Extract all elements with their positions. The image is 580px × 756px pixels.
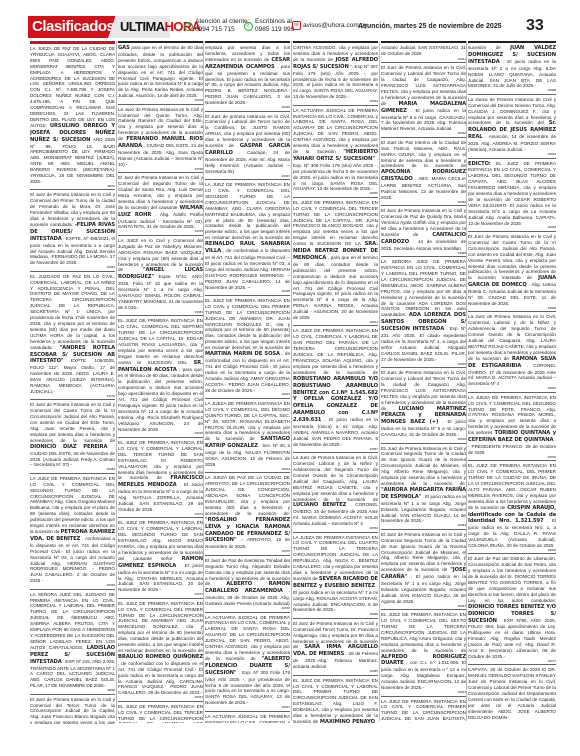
notice-code: 49578 — [118, 168, 203, 172]
legal-notice: EL JUEZ DE PRIMERA INSTANCIA EN LO CIVIL… — [118, 702, 203, 723]
customer-service-contact: ✆ Atención al cliente:0994 715 715 — [184, 18, 250, 34]
notice-code: 49577 — [468, 660, 556, 664]
column-1: LA JUEZA DE PAZ DE LA CIUDAD DE YRYBUCUA… — [30, 41, 115, 724]
contact-label: Escribinos al — [255, 18, 294, 26]
notice-code: 49583 — [381, 524, 466, 528]
notice-subject-name: MAXIMINO PENAYO — [320, 719, 375, 723]
notice-text: EL JUEZ DE PRIMERA INSTANCIA EN LO CIVIL… — [118, 440, 203, 480]
legal-notice: EL JUEZ DE PRIMERA INSTANCIA EN LO CIVIL… — [118, 316, 203, 438]
legal-notice: LA JUEZA DE PAZ DE LA CIUDAD DE ARROYITO… — [205, 473, 290, 555]
notice-code: 49539 — [205, 106, 290, 110]
legal-notice: LA ACTUARIA JUDICIAL DE PRIMERA INSTANCI… — [205, 613, 290, 712]
legal-notice: CAPIATA, 20 de Octubre de 2025 El DR. MA… — [468, 665, 556, 723]
notice-text: EL JUEZ DE PRIMERA INSTANCIA EN LO CIVIL… — [118, 601, 203, 653]
page-number: 33 — [526, 17, 544, 35]
notice-subject-name: LUCIANO BENITEZ — [293, 502, 346, 508]
notice-text: para que en el término de 60 días contad… — [118, 45, 203, 98]
section-title: Clasificados — [28, 16, 120, 38]
notice-text: sucesión de — [468, 45, 501, 50]
notice-code: 49545 — [118, 432, 203, 436]
contact-phone[interactable]: 0994 715 715 — [195, 26, 250, 34]
notice-code: 49548 — [381, 132, 466, 136]
notice-text: La Jueza de Primera Instancia de Civil y… — [468, 97, 556, 126]
legal-notice: EL JUEZ DE PRIMERA INSTANCIA EN LO CIVIL… — [205, 296, 290, 399]
notice-code: 49574 — [118, 513, 203, 517]
notice-text: El Juez de Paz Interino de la Ciudad de … — [381, 140, 466, 169]
legal-notice: LA JUEZA DE PRIMERA INSTANCIA EN LO CIVI… — [293, 533, 378, 619]
notice-code: 49582 — [381, 201, 466, 205]
notice-code: 49581 — [118, 311, 203, 315]
notice-text: EL JUEZ DE PRIMERA INSTANCIA EN LO CIVIL… — [381, 612, 466, 652]
notice-text: EL JUEZ DE PRIMERA INSTANCIA EN LO CIVIL… — [118, 318, 203, 364]
notice-text: LA JUEZA DE PRIMERA INSTANCIA EN LO CIVI… — [293, 535, 378, 581]
notice-code: 49563 — [468, 387, 556, 391]
notice-text: EL JUEZ DE PRIMERA INSTANCIA EN LO CIVIL… — [118, 520, 203, 560]
notice-text: , de conformidad con lo dispuesto en el … — [118, 661, 203, 696]
whatsapp-phone-icon: ✆ — [184, 22, 193, 31]
legal-notice: EL JUEZ DE PRIMERA INSTANCIA EN LO CIVIL… — [293, 198, 378, 327]
legal-notice: LA JUEZ DE PRIMERA INSTANCIA EN LO CIVIL… — [30, 474, 115, 590]
notice-text: EL JUEZ DE PRIMERA INSTANCIA EN LO CIVIL… — [293, 678, 378, 723]
notice-code: 49576 — [118, 230, 203, 234]
notice-text: AÑO 2025 Nº 89, FOLIO 13, BAJO APERCIBIM… — [30, 137, 115, 184]
notice-code: 49586 — [381, 252, 466, 256]
legal-notice: Actuario Judicial. SAN ESTANISLAO, 31 de… — [381, 43, 466, 63]
notice-subject-name: MARTINA MARIN DE SOSA — [205, 351, 280, 357]
notice-code: 49580 — [30, 468, 115, 472]
legal-notice: EL JUEZ DE PRIMERA INSTANCIA EN LO CIVIL… — [118, 599, 203, 702]
legal-notice: EDICTO: EL JUEZ DE PRIMERA INSTANCIA EN … — [468, 159, 556, 232]
whatsapp-icon: ✆ — [244, 22, 253, 31]
legal-notice: La Jueza de Primera Instancia de Civil y… — [468, 95, 556, 159]
legal-notice: CINTHIA ACEVEDO, cita y emplaza por sese… — [293, 43, 378, 106]
notice-text: LA JUEZA DE PAZ DE LA CIUDAD DE YRYBUCUA… — [30, 46, 115, 128]
notice-text: LA JUEZA DE PAZ DE LA CIUDAD DE ARROYITO… — [205, 475, 290, 515]
notice-text: LA SEÑORA JUEZ DE PRIMERA INSTANCIA EN L… — [381, 259, 466, 317]
notice-code: 49546 — [118, 99, 203, 103]
notice-text: El Juez de Primera Instancia en lo Civil… — [381, 65, 466, 105]
whatsapp-contact: ✆ Escribinos al0985 119 999 — [244, 18, 294, 34]
column-4: CINTHIA ACEVEDO, cita y emplaza por sese… — [293, 41, 378, 723]
legal-notice: El Juez de Primera Instancia en lo Civil… — [30, 695, 115, 724]
legal-notice: El Juez de Paz Interino de la Ciudad de … — [381, 138, 466, 207]
mail-icon: ✉ — [292, 21, 301, 30]
notice-code: 49564 — [381, 691, 466, 695]
notice-text: EL JUEZ DE PRIMERA INSTANCIA EN LO CIVIL… — [468, 463, 556, 509]
notice-text: LA JUEZ DE PRIMERA INSTANCIA EN LO CIVIL… — [205, 182, 290, 240]
notice-code: 49575 — [205, 550, 290, 554]
legal-notice: EL JUEZ DE PRIMERA INSTANCIA EN LO CIVIL… — [293, 676, 378, 723]
notice-code: 49550 — [468, 456, 556, 460]
notice-text: El Juez de Primera Instancia en lo Civil… — [468, 234, 556, 280]
notice-code: 49566 — [30, 689, 115, 693]
contact-phone[interactable]: 0985 119 999 — [255, 26, 294, 34]
notice-text: EL JUEZ DE PRIMERA INSTANCIA EN LO CIVIL… — [293, 200, 378, 246]
legal-notice: El Juez de Primera Instancia en lo Civil… — [381, 368, 466, 443]
notice-text: EL JUEZ DE PRIMERA INSTANCIA EN LO CIVIL… — [118, 704, 203, 723]
notice-text: CAPIATA, 20 de Octubre de 2025 El DR. MA… — [468, 667, 556, 719]
notice-subject-name: ALBERTO RAMON CABALLERO ARZAMENDIA — [205, 581, 290, 594]
legal-notice: La Juez de Primera Instancia en lo Civil… — [293, 453, 378, 532]
legal-notice: EL JUEZ DE PRIMERA INSTANCIA EN LO CIVIL… — [118, 518, 203, 598]
notice-text: LA JUEZ DE PRIMERA INSTANCIA EN LO CIVIL… — [30, 476, 115, 534]
legal-notice: LA JUEZ DE PRIMERA INSTANCIA EN LO CIVIL… — [293, 326, 378, 453]
notice-text: EL JUEZ DE PRIMERA INSTANCIA EN LO CIVIL… — [205, 298, 290, 350]
legal-notice: El Juez de Primera Instancia en lo Civil… — [30, 400, 115, 473]
legal-notice: GAS para que en el término de 60 días co… — [118, 43, 203, 105]
legal-notice: sucesión de JUAN VALDEZ DOMINGUEZ S/ SUC… — [468, 43, 556, 95]
notice-text: Actuario Judicial. SAN ESTANISLAO, 31 de… — [381, 45, 466, 56]
legal-notice: EL Juez de Primera Instancia en lo Civil… — [381, 444, 466, 530]
issue-date: Asunción, martes 25 de noviembre de 2025 — [358, 23, 502, 30]
notice-text: , de conformidad a lo dispuesto en el Ar… — [205, 248, 290, 289]
notice-code: 49571 — [381, 58, 466, 62]
legal-notice: El Juez de Paz del Distrito de Liberació… — [468, 554, 556, 665]
legal-notice: El Juez de Primera Instancia en lo Civil… — [381, 530, 466, 610]
notice-subject-name: BRAULIO ROMERO QUIÑONEZ — [118, 654, 203, 660]
contact-label: Atención al cliente: — [195, 18, 250, 26]
notice-text: LA ACTUARIA JUDICIAL DE PRIMERA INSTANCI… — [205, 615, 290, 661]
notice-code: 49589 — [468, 307, 556, 311]
legal-notice: EL JUEZ DE PRIMERA INSTANCIA EN LO CIVIL… — [381, 610, 466, 696]
notice-text: , de conformidad con lo dispuesto en el … — [205, 351, 290, 392]
notice-text: , conformidad a lo dispuesto en el Art. … — [30, 536, 115, 583]
notice-text: LA JUEZA DE PRIMERA INSTANCIA EN LO CIVI… — [205, 401, 290, 441]
notice-code: 49565 — [381, 363, 466, 367]
notice-text: , para que, en el término de 60 días, co… — [118, 367, 203, 432]
notice-text: LA JUEZ DE PRIMERA INSTANCIA EN LO CIVIL… — [293, 328, 378, 374]
notice-subject-name: GAS — [118, 45, 130, 51]
notice-text: EL JUZGADO DE PAZ EN LO CIVIL, COMERCIAL… — [30, 274, 115, 350]
notice-code: 49555 — [293, 192, 378, 196]
notice-text: El Juez de Primera Instancia en lo Civil… — [30, 402, 115, 442]
notice-code: 49572 — [118, 593, 203, 597]
legal-notice: LA JUEZ DE PRIMERA INSTANCIA EN LO CIVIL… — [381, 697, 466, 724]
notice-text: El Juez de Paz del Distrito de Liberació… — [468, 556, 556, 602]
notice-text: EL JUEZ DE PRIMERA INSTANCIA EN LO CIVIL… — [468, 161, 556, 226]
email-contact: ✉ avisos@uhora.com.py — [292, 21, 367, 30]
notice-code: 49556 — [293, 100, 378, 104]
legal-notice: El Juez de primera Instancia en lo Civil… — [205, 112, 290, 181]
notice-text: EL Juez de Primera Instancia en lo Civil… — [381, 446, 466, 486]
notice-code: 49536 — [30, 584, 115, 588]
column-divider — [379, 41, 380, 721]
notice-code: 49549 — [381, 438, 466, 442]
notice-code: 49557 — [205, 706, 290, 710]
notice-text: LA ACTUARIA JUDICIAL DE PRIMERA INSTANCI… — [293, 108, 378, 154]
page-header: Clasificados ULTIMAHORA ✆ Atención al cl… — [28, 16, 558, 38]
column-2: GAS para que en el término de 60 días co… — [118, 41, 203, 723]
notice-text: . Asunción, 14 de noviembre de 2025. Abg… — [468, 134, 556, 152]
legal-notice: El Juez de Primera Instancia en lo Civil… — [30, 190, 115, 271]
notice-code: 49553 — [468, 153, 556, 157]
notice-subject-name: DIONICIO DIAZ PEREIRA — [30, 444, 107, 450]
legal-notice: emplaza por sesenta días a los herederos… — [205, 43, 290, 112]
column-divider — [466, 41, 467, 721]
notice-code: 49538 — [205, 290, 290, 294]
legal-notice: LA JUEZA DE PAZ DE LA CIUDAD DE YRYBUCUA… — [30, 44, 115, 190]
notice-code: 49568 — [293, 613, 378, 617]
logo-ultima: ULTIMA — [120, 19, 165, 34]
legal-notice: LA JUEZ en lo Civil y Comercial del Juzg… — [118, 236, 203, 316]
legal-notice: La Juez de Primera Instancia en lo Civil… — [468, 312, 556, 392]
notice-text: . EXP. Nº95, AÑO: 2025, FOLIO: 084, bajo… — [468, 618, 556, 659]
column-3: emplaza por sesenta días a los herederos… — [205, 41, 290, 723]
notice-code: 49559 — [468, 549, 556, 553]
notice-text: LA JUEZA DE PRIMERA INSTANCIA EN LO CIVI… — [468, 395, 556, 435]
legal-notice: LA ACTUARIA JUDICIAL DE PRIMERA INSTANCI… — [205, 712, 290, 723]
legal-notice: EL JUEZ DE PRIMERA INSTANCIA EN LO CIVIL… — [468, 461, 556, 554]
notice-text: LA ACTUARIA JUDICIAL DE PRIMERA INSTANCI… — [205, 714, 290, 723]
notice-code: 49562 — [468, 226, 556, 230]
notice-code: 49561 — [30, 185, 115, 189]
notice-code: 49587 — [381, 605, 466, 609]
notice-code: 49544 — [293, 321, 378, 325]
notice-code: 49573 — [205, 468, 290, 472]
notice-code: 49588 — [468, 89, 556, 93]
legal-notice: EL JUZGADO DE PAZ EN LO CIVIL, COMERCIAL… — [30, 272, 115, 401]
notice-subject-name: ROBUSTIANO ARAMBULO Y/O ROBUSTIANO ARAMB… — [293, 376, 378, 423]
legal-notice: LA ACTUARIA JUDICIAL DE PRIMERA INSTANCI… — [293, 106, 378, 198]
legal-notice: El Juez de Paz de Santísima Trinidad del… — [205, 556, 290, 613]
notice-text: El Juez de Primera Instancia en lo Civil… — [30, 697, 115, 724]
legal-notice: LA JUEZ DE PRIMERA INSTANCIA EN LO CIVIL… — [205, 180, 290, 296]
notice-code: 49579 — [30, 395, 115, 399]
notice-code: 49584 — [30, 266, 115, 270]
notice-code: 49567 — [293, 448, 378, 452]
legal-notice: LA JUEZA DE PRIMERA INSTANCIA EN LO CIVI… — [468, 393, 556, 462]
notice-text: , para que en el termino de 60 días, con… — [293, 255, 378, 320]
notice-code: 49537 — [118, 696, 203, 700]
notice-text: La Juez de Primera Instancia en lo Civil… — [293, 455, 378, 501]
legal-notice: La Juez de Primera Instancia en lo Civil… — [118, 105, 203, 174]
notice-text: El Juez de Primera Instancia en lo Civil… — [381, 532, 466, 572]
column-divider — [116, 41, 117, 721]
column-5: Actuario Judicial. SAN ESTANISLAO, 31 de… — [381, 41, 466, 723]
legal-notice: EL JUEZ DE PRIMERA INSTANCIA EN LO CIVIL… — [118, 438, 203, 518]
legal-notice: El Juez de Primera Instancia en lo Civil… — [381, 206, 466, 257]
column-6: sucesión de JUAN VALDEZ DOMINGUEZ S/ SUC… — [468, 41, 556, 723]
legal-notice: LA SEÑORA JUEZ DE PRIMERA INSTANCIA EN L… — [381, 257, 466, 368]
notice-subject-name: EDICTO: — [468, 161, 491, 167]
legal-notice: LA JUEZA DE PRIMERA INSTANCIA EN LO CIVI… — [205, 399, 290, 473]
notice-code: 49554 — [293, 527, 378, 531]
column-divider — [203, 41, 204, 721]
notice-text: LA JUEZ DE PRIMERA INSTANCIA EN LO CIVIL… — [381, 699, 466, 724]
notice-text: El Juez de Primera Instancia en lo Civil… — [381, 370, 466, 410]
notice-text: LA SEÑORA JUEZ DEL JUZGADO DE PRIMERA IN… — [30, 592, 115, 650]
notice-code: 49585 — [293, 670, 378, 674]
legal-notice: El Juez de Primera Instancia en lo Civil… — [118, 173, 203, 236]
legal-notice: El Juez de Primera Instancia en lo Civil… — [293, 619, 378, 676]
column-divider — [291, 41, 292, 721]
notice-text: , para que se presenten a reclamar sus d… — [205, 64, 290, 105]
notice-code: 49547 — [205, 175, 290, 179]
notice-code: 49540 — [205, 393, 290, 397]
notice-code: 49570 — [205, 607, 290, 611]
notice-text: La Juez de Primera Instancia en lo Civil… — [468, 314, 556, 360]
legal-notice: El Juez de Primera Instancia en lo Civil… — [468, 232, 556, 312]
legal-notice: El Juez de Primera Instancia en lo Civil… — [381, 63, 466, 137]
legal-notice: LA SEÑORA JUEZ DEL JUZGADO DE PRIMERA IN… — [30, 590, 115, 695]
